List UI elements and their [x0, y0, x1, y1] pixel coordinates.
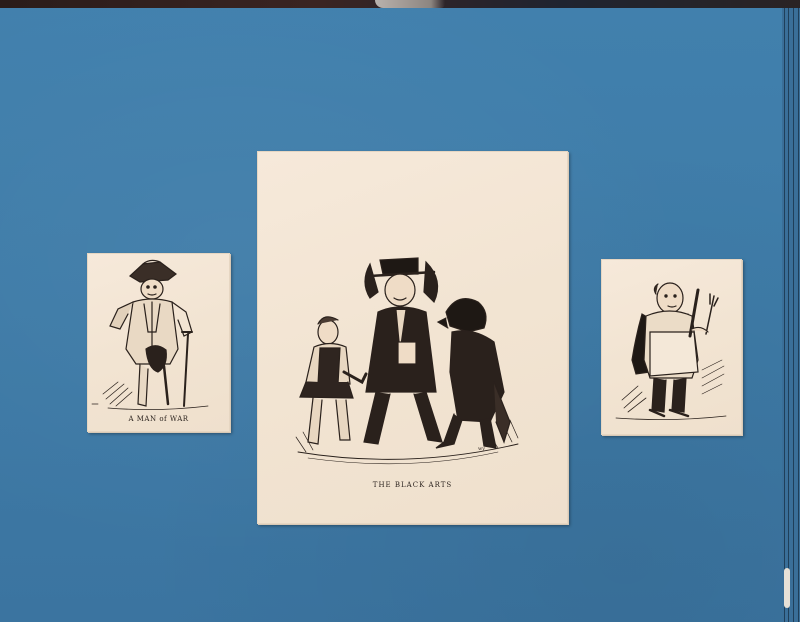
paper-tab	[784, 568, 790, 608]
page-edges-binding	[782, 8, 800, 622]
print-black-arts: wy	[257, 151, 568, 524]
print-man-of-war: A MAN of WAR	[87, 253, 230, 432]
butcher-illustration-icon	[602, 260, 741, 434]
print-caption: THE BLACK ARTS	[258, 481, 567, 489]
black-arts-illustration-icon: wy	[258, 152, 567, 472]
sailor-illustration-icon	[88, 254, 229, 414]
light-patch	[375, 0, 445, 8]
svg-text:wy: wy	[478, 446, 485, 452]
print-caption: A MAN of WAR	[88, 415, 229, 423]
print-butcher	[601, 259, 742, 435]
